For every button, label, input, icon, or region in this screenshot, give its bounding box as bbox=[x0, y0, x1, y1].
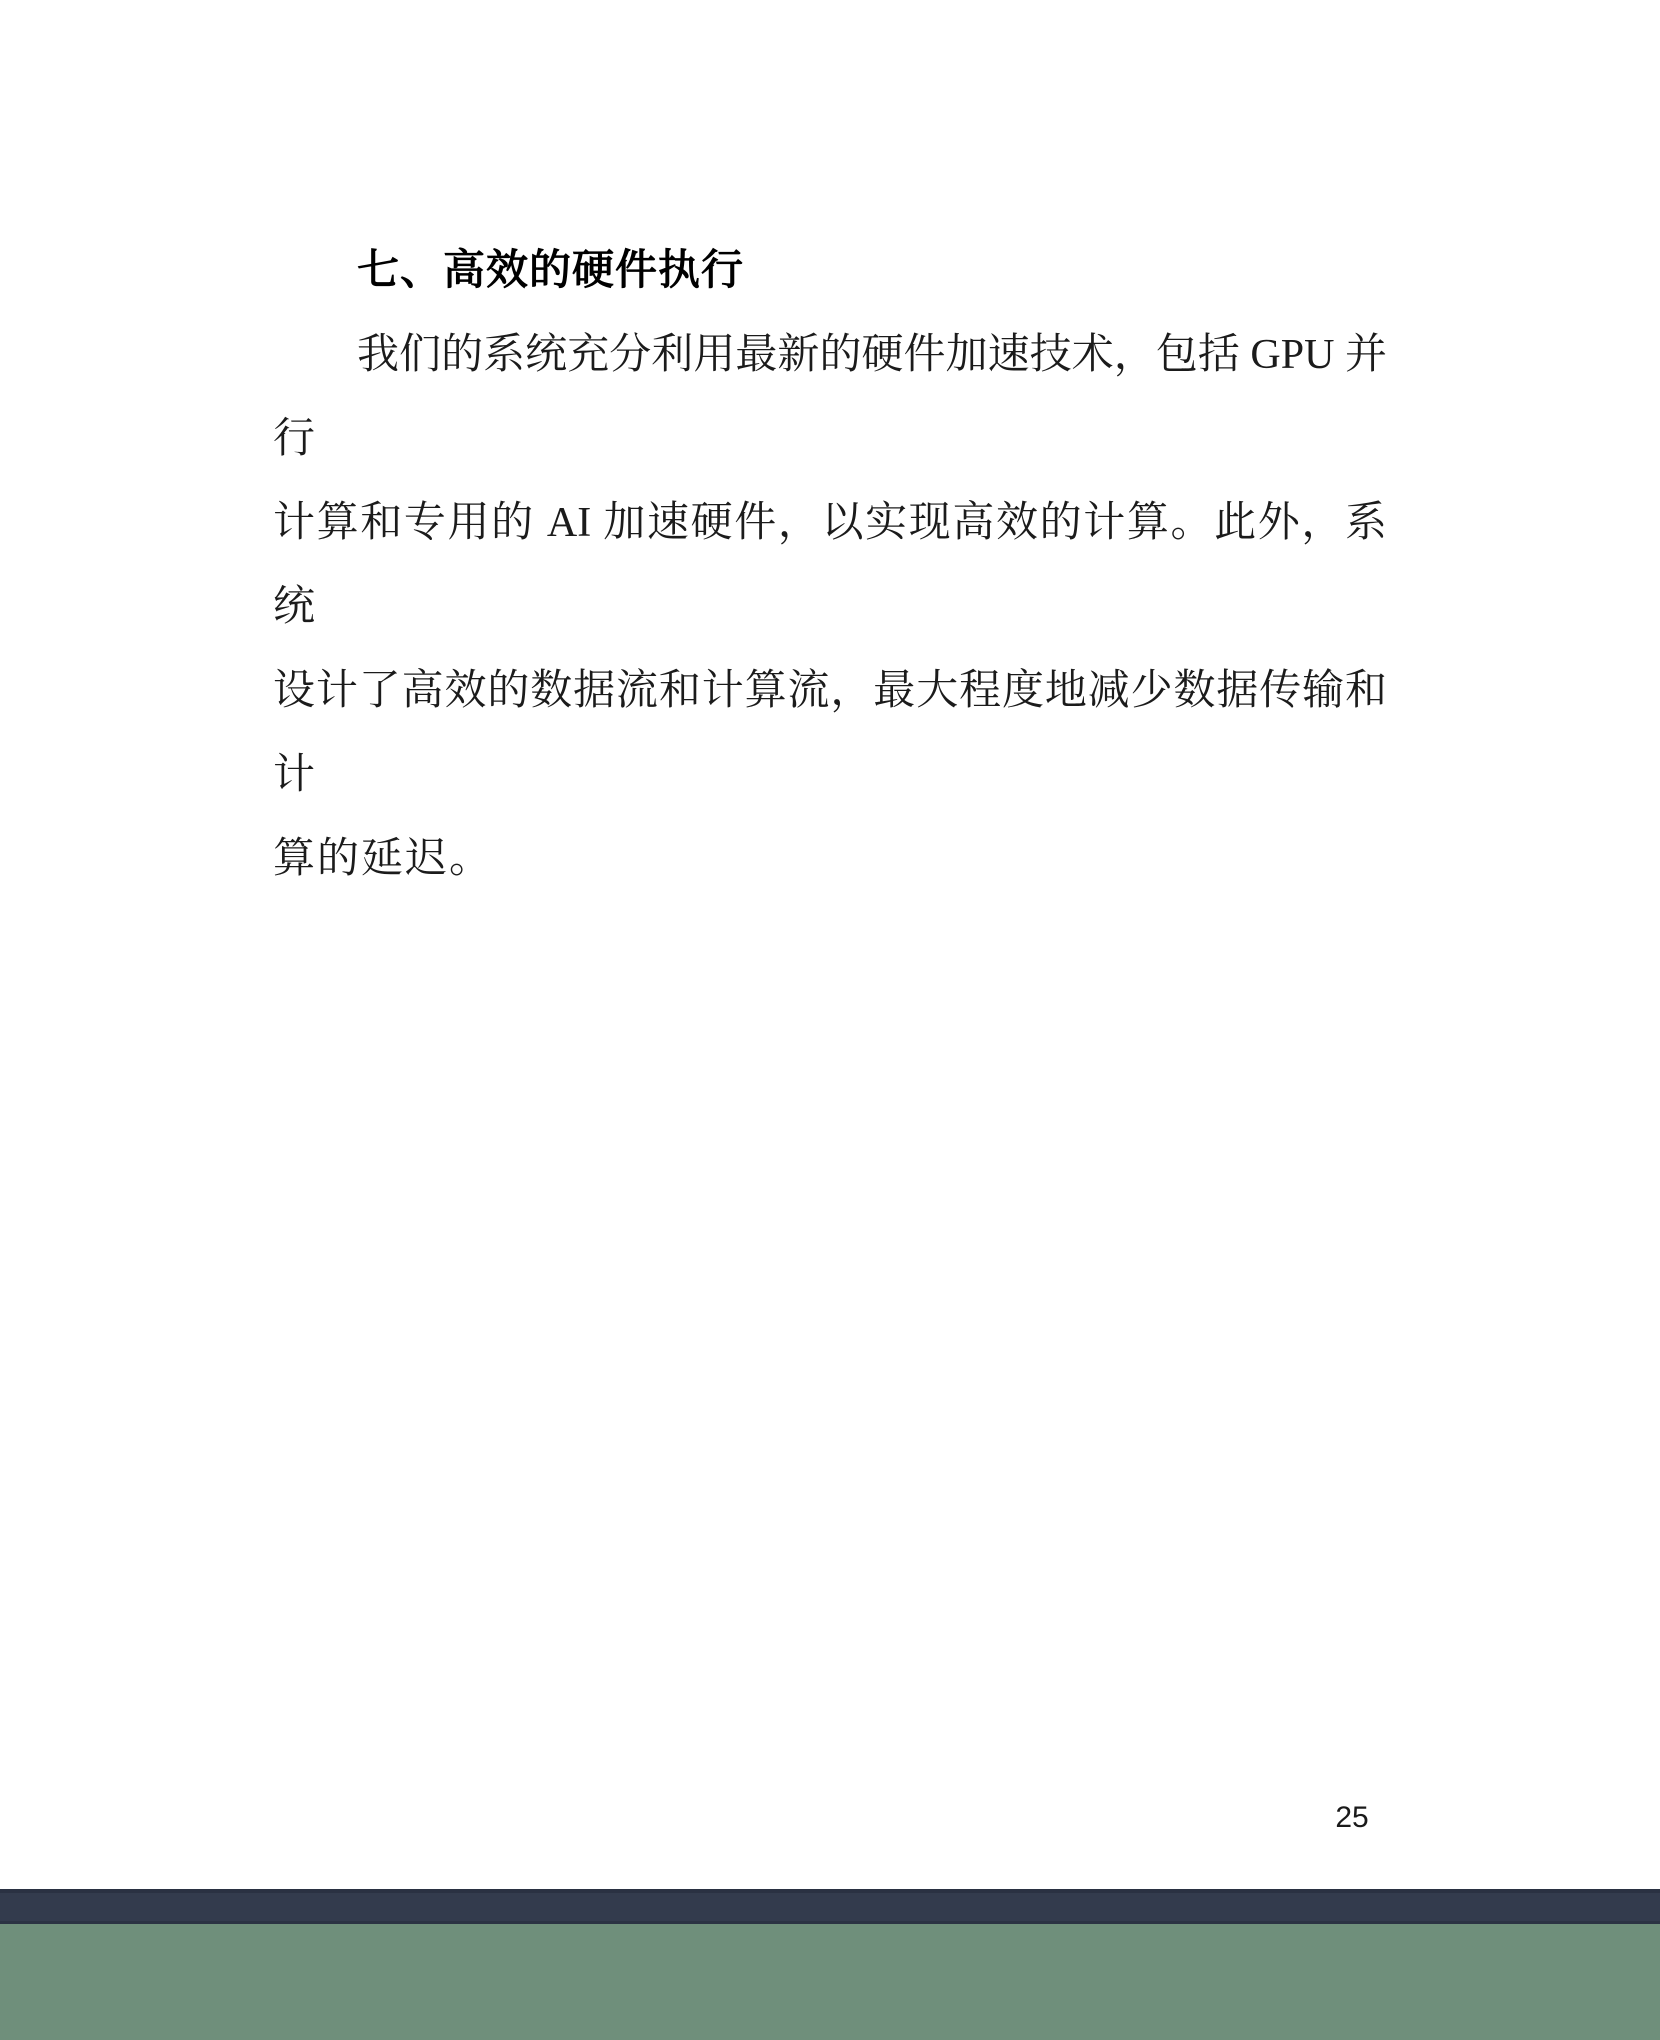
paragraph: 我们的系统充分利用最新的硬件加速技术，包括 GPU 并行 计算和专用的 AI 加… bbox=[273, 313, 1387, 901]
paragraph-line: 设计了高效的数据流和计算流，最大程度地减少数据传输和计 bbox=[273, 649, 1387, 817]
text-block: 七、高效的硬件执行 我们的系统充分利用最新的硬件加速技术，包括 GPU 并行 计… bbox=[273, 229, 1387, 901]
section-heading: 七、高效的硬件执行 bbox=[273, 229, 1387, 313]
footer-navy-bar bbox=[0, 1889, 1660, 1924]
paragraph-line: 计算和专用的 AI 加速硬件，以实现高效的计算。此外，系统 bbox=[273, 481, 1387, 649]
paragraph-line: 我们的系统充分利用最新的硬件加速技术，包括 GPU 并行 bbox=[273, 313, 1387, 481]
paragraph-line: 算的延迟。 bbox=[273, 817, 1387, 901]
footer-green-band bbox=[0, 1924, 1660, 2040]
document-page: 七、高效的硬件执行 我们的系统充分利用最新的硬件加速技术，包括 GPU 并行 计… bbox=[0, 0, 1660, 2040]
page-number: 25 bbox=[1302, 1799, 1402, 1837]
